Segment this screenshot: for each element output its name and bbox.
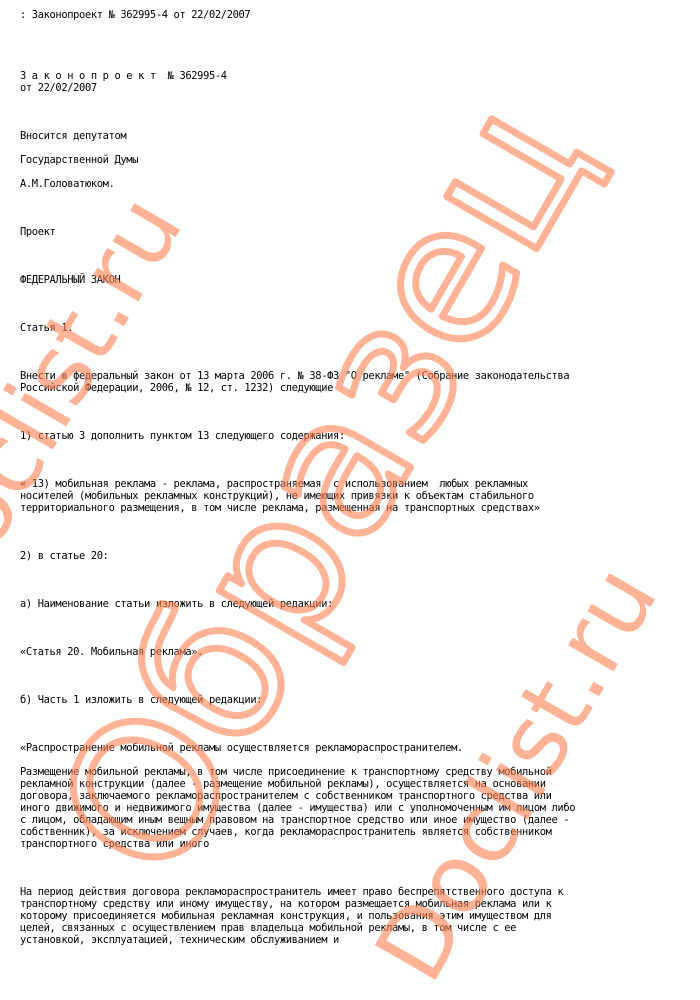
paragraph-line: Размещение мобильной рекламы, в том числ… — [20, 766, 552, 778]
introduced-by-author: А.М.Головатюком. — [20, 178, 115, 190]
paragraph-line: рекламной конструкции (далее - размещени… — [20, 778, 546, 790]
document-header: : Законопроект № 362995-4 от 22/02/2007 — [20, 9, 250, 21]
paragraph-line: с лицом, обладающим иным вещным правовом… — [20, 814, 569, 826]
introduced-by-line: Вносится депутатом — [20, 130, 126, 142]
paragraph-line: целей, связанных с осуществлением прав в… — [20, 922, 516, 934]
list-item: 2) в статье 20: — [20, 550, 109, 562]
law-type-heading: ФЕДЕРАЛЬНЫЙ ЗАКОН — [20, 274, 120, 286]
list-item: б) Часть 1 изложить в следующей редакции… — [20, 694, 262, 706]
list-item: 1) статью 3 дополнить пунктом 13 следующ… — [20, 430, 345, 442]
paragraph-line: « 13) мобильная реклама - реклама, распр… — [20, 478, 528, 490]
document-body: : Законопроект № 362995-4 от 22/02/2007 … — [20, 0, 690, 408]
paragraph-line: иного движимого и недвижимого имущества … — [20, 802, 575, 814]
list-item: а) Наименование статьи изложить в следую… — [20, 598, 333, 610]
paragraph-line: Внести в федеральный закон от 13 марта 2… — [20, 370, 569, 382]
paragraph-line: договора, заключаемого рекламораспростра… — [20, 790, 552, 802]
document-page: : Законопроект № 362995-4 от 22/02/2007 … — [0, 0, 700, 1000]
paragraph-line: транспортному средству или иному имущест… — [20, 898, 552, 910]
paragraph-line: которому присоединяется мобильная реклам… — [20, 910, 552, 922]
paragraph-line: транспортного средства или иного — [20, 838, 209, 850]
paragraph-line: собственник), за исключением случаев, ко… — [20, 826, 552, 838]
article-heading: Статья 1. — [20, 322, 73, 334]
bill-title: З а к о н о п р о е к т № 362995-4 — [20, 70, 227, 82]
paragraph-line: «Распространение мобильной рекламы осуще… — [20, 742, 463, 754]
paragraph-line: Российской Федерации, 2006, № 12, ст. 12… — [20, 382, 333, 394]
paragraph-line: территориального размещения, в том числе… — [20, 502, 540, 514]
paragraph-line: На период действия договора рекламораспр… — [20, 886, 563, 898]
paragraph-line: «Статья 20. Мобильная реклама». — [20, 646, 203, 658]
paragraph-line: установкой, эксплуатацией, техническим о… — [20, 934, 339, 946]
paragraph-line: носителей (мобильных рекламных конструкц… — [20, 490, 534, 502]
draft-label: Проект — [20, 226, 55, 238]
introduced-by-line: Государственной Думы — [20, 154, 138, 166]
bill-date: от 22/02/2007 — [20, 82, 97, 94]
